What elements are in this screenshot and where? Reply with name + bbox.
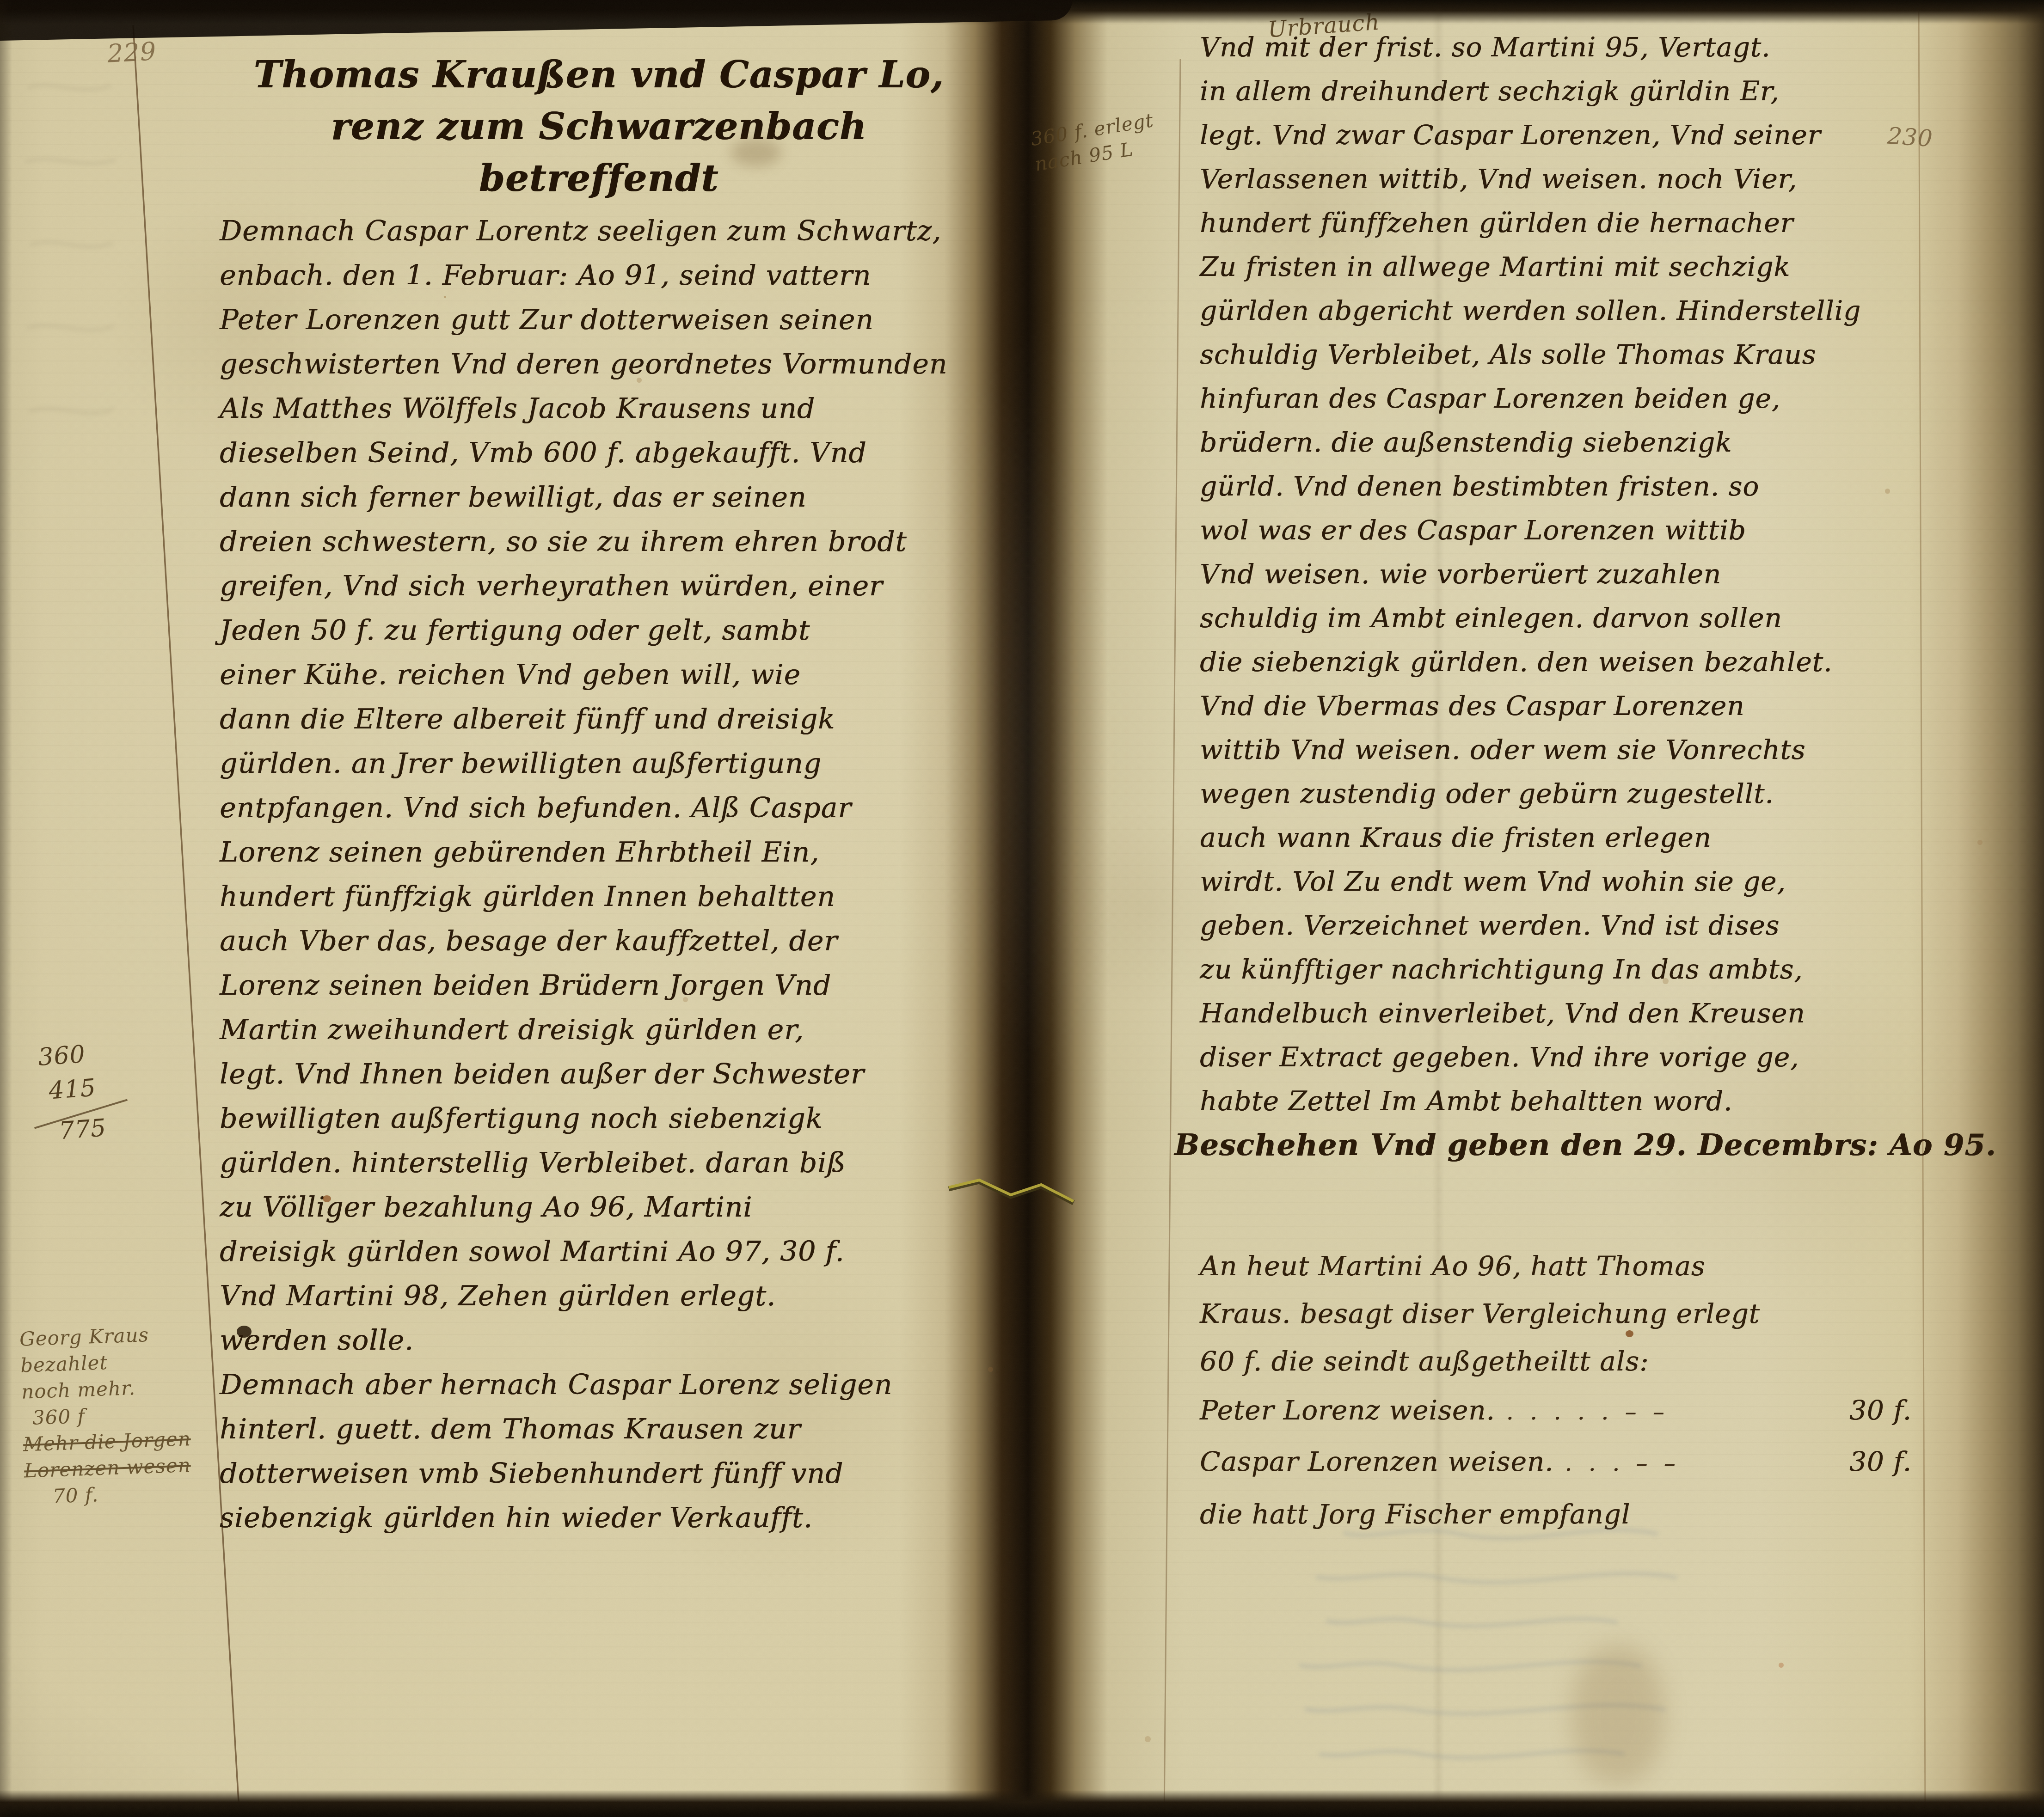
photo-vignette (0, 0, 2044, 1817)
manuscript-spread: 229 Thomas Kraußen vnd Caspar Lo,renz zu… (0, 0, 2044, 1817)
